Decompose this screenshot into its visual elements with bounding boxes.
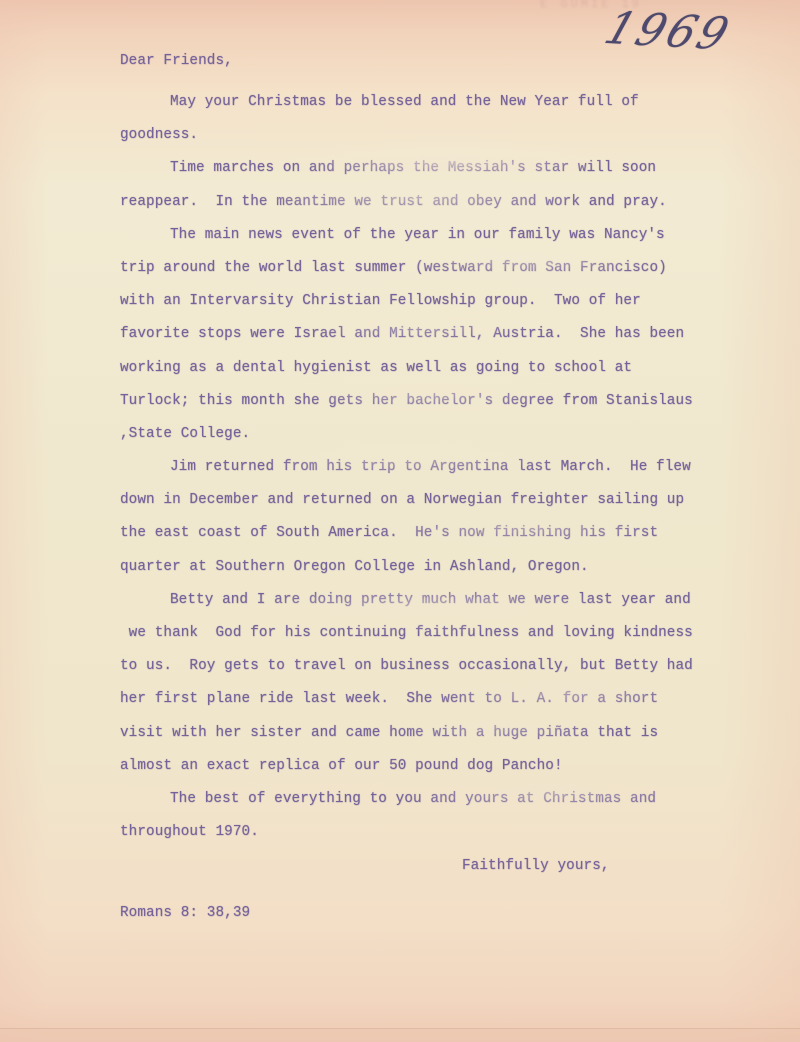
letter-line: The best of everything to you and yours … xyxy=(120,783,693,816)
letter-line: The main news event of the year in our f… xyxy=(120,219,693,252)
paper-bottom-edge xyxy=(0,1028,800,1042)
letter-line: trip around the world last summer (westw… xyxy=(120,252,693,285)
letter-line: Turlock; this month she gets her bachelo… xyxy=(120,385,693,418)
letter-line: Betty and I are doing pretty much what w… xyxy=(120,584,693,617)
letter-line: Time marches on and perhaps the Messiah'… xyxy=(120,152,693,185)
letter-line: working as a dental hygienist as well as… xyxy=(120,352,693,385)
handwritten-year: 1969 xyxy=(598,3,737,60)
letter-line: with an Intervarsity Christian Fellowshi… xyxy=(120,285,693,318)
letter-line: throughout 1970. xyxy=(120,816,693,849)
letter-line: favorite stops were Israel and Mittersil… xyxy=(120,318,693,351)
scripture-reference: Romans 8: 38,39 xyxy=(120,905,250,921)
letter-line: to us. Roy gets to travel on business oc… xyxy=(120,650,693,683)
letter-line: the east coast of South America. He's no… xyxy=(120,517,693,550)
closing-valediction: Faithfully yours, xyxy=(462,858,610,874)
letter-line: goodness. xyxy=(120,119,693,152)
letter-line: May your Christmas be blessed and the Ne… xyxy=(120,86,693,119)
letter-line: visit with her sister and came home with… xyxy=(120,717,693,750)
letter-line: reappear. In the meantime we trust and o… xyxy=(120,186,693,219)
letter-line: quarter at Southern Oregon College in As… xyxy=(120,551,693,584)
letter-line: we thank God for his continuing faithful… xyxy=(120,617,693,650)
letter-line: almost an exact replica of our 50 pound … xyxy=(120,750,693,783)
salutation: Dear Friends, xyxy=(120,53,233,69)
letter-line: down in December and returned on a Norwe… xyxy=(120,484,693,517)
letter-page: E GUMIE 19 1969 Dear Friends, May your C… xyxy=(0,0,800,1042)
letter-line: Jim returned from his trip to Argentina … xyxy=(120,451,693,484)
letter-line: her first plane ride last week. She went… xyxy=(120,683,693,716)
letter-line: ,State College. xyxy=(120,418,693,451)
letter-body: May your Christmas be blessed and the Ne… xyxy=(120,86,693,849)
